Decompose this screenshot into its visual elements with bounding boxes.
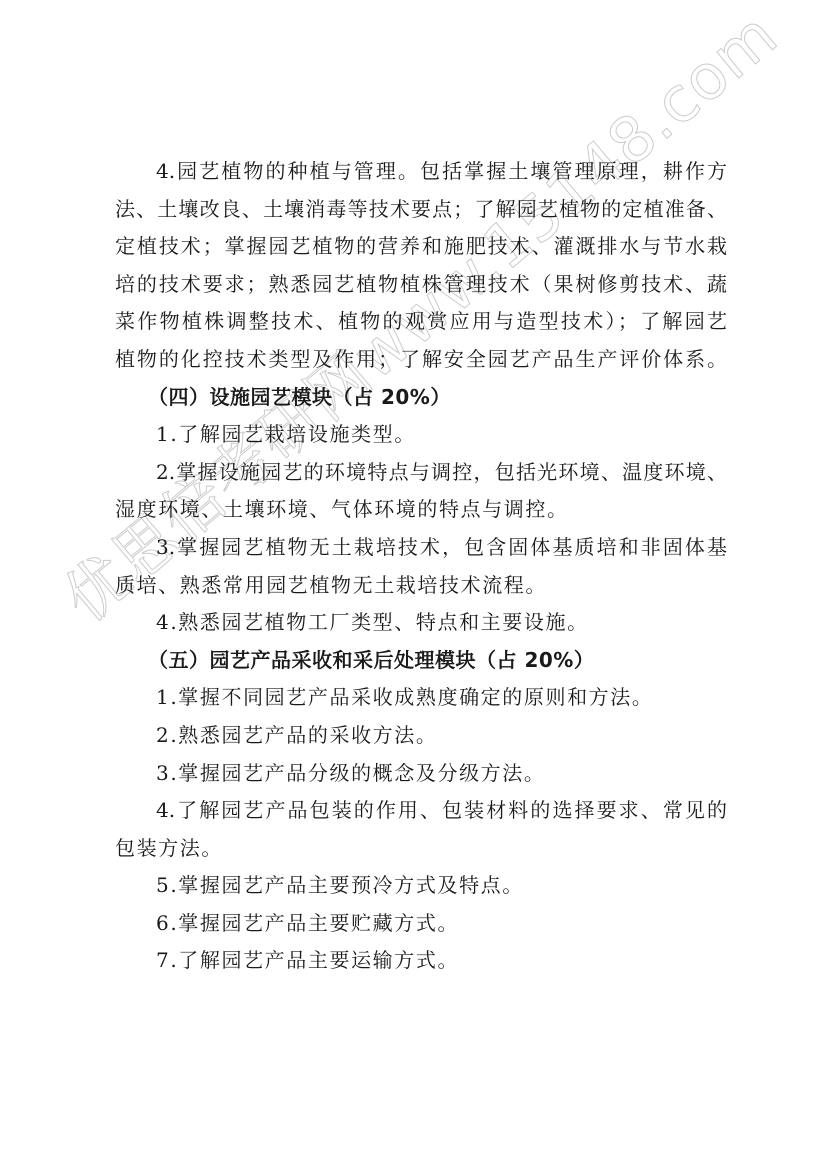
paragraph-plant-cultivation: 4.园艺植物的种植与管理。包括掌握土壤管理原理，耕作方 法、土壤改良、土壤消毒等… [115,153,727,379]
list-item-continuation: 湿度环境、土壤环境、气体环境的特点与调控。 [115,491,727,529]
text-line: 4.园艺植物的种植与管理。包括掌握土壤管理原理，耕作方 [115,153,727,191]
section-heading: （五）园艺产品采收和采后处理模块（占 20%） [115,642,727,680]
list-item: 4.了解园艺产品包装的作用、包装材料的选择要求、常见的 [115,792,727,830]
list-item: 3.掌握园艺产品分级的概念及分级方法。 [115,755,727,793]
section-harvest-postharvest: （五）园艺产品采收和采后处理模块（占 20%） 1.掌握不同园艺产品采收成熟度确… [115,642,727,980]
list-item-continuation: 包装方法。 [115,830,727,868]
section-heading: （四）设施园艺模块（占 20%） [115,379,727,417]
list-item: 1.掌握不同园艺产品采收成熟度确定的原则和方法。 [115,679,727,717]
list-item: 2.熟悉园艺产品的采收方法。 [115,717,727,755]
text-line: 植物的化控技术类型及作用；了解安全园艺产品生产评价体系。 [115,341,727,379]
list-item: 3.掌握园艺植物无土栽培技术，包含固体基质培和非固体基 [115,529,727,567]
list-item: 2.掌握设施园艺的环境特点与调控，包括光环境、温度环境、 [115,454,727,492]
document-page: 4.园艺植物的种植与管理。包括掌握土壤管理原理，耕作方 法、土壤改良、土壤消毒等… [115,153,727,980]
list-item: 6.掌握园艺产品主要贮藏方式。 [115,905,727,943]
section-facility-horticulture: （四）设施园艺模块（占 20%） 1.了解园艺栽培设施类型。 2.掌握设施园艺的… [115,379,727,642]
text-line: 菜作物植株调整技术、植物的观赏应用与造型技术）；了解园艺 [115,303,727,341]
list-item-continuation: 质培、熟悉常用园艺植物无土栽培技术流程。 [115,567,727,605]
text-line: 法、土壤改良、土壤消毒等技术要点；了解园艺植物的定植准备、 [115,191,727,229]
text-line: 培的技术要求；熟悉园艺植物植株管理技术（果树修剪技术、蔬 [115,266,727,304]
list-item: 4.熟悉园艺植物工厂类型、特点和主要设施。 [115,604,727,642]
text-line: 定植技术；掌握园艺植物的营养和施肥技术、灌溉排水与节水栽 [115,228,727,266]
list-item: 1.了解园艺栽培设施类型。 [115,416,727,454]
list-item: 7.了解园艺产品主要运输方式。 [115,942,727,980]
list-item: 5.掌握园艺产品主要预冷方式及特点。 [115,867,727,905]
